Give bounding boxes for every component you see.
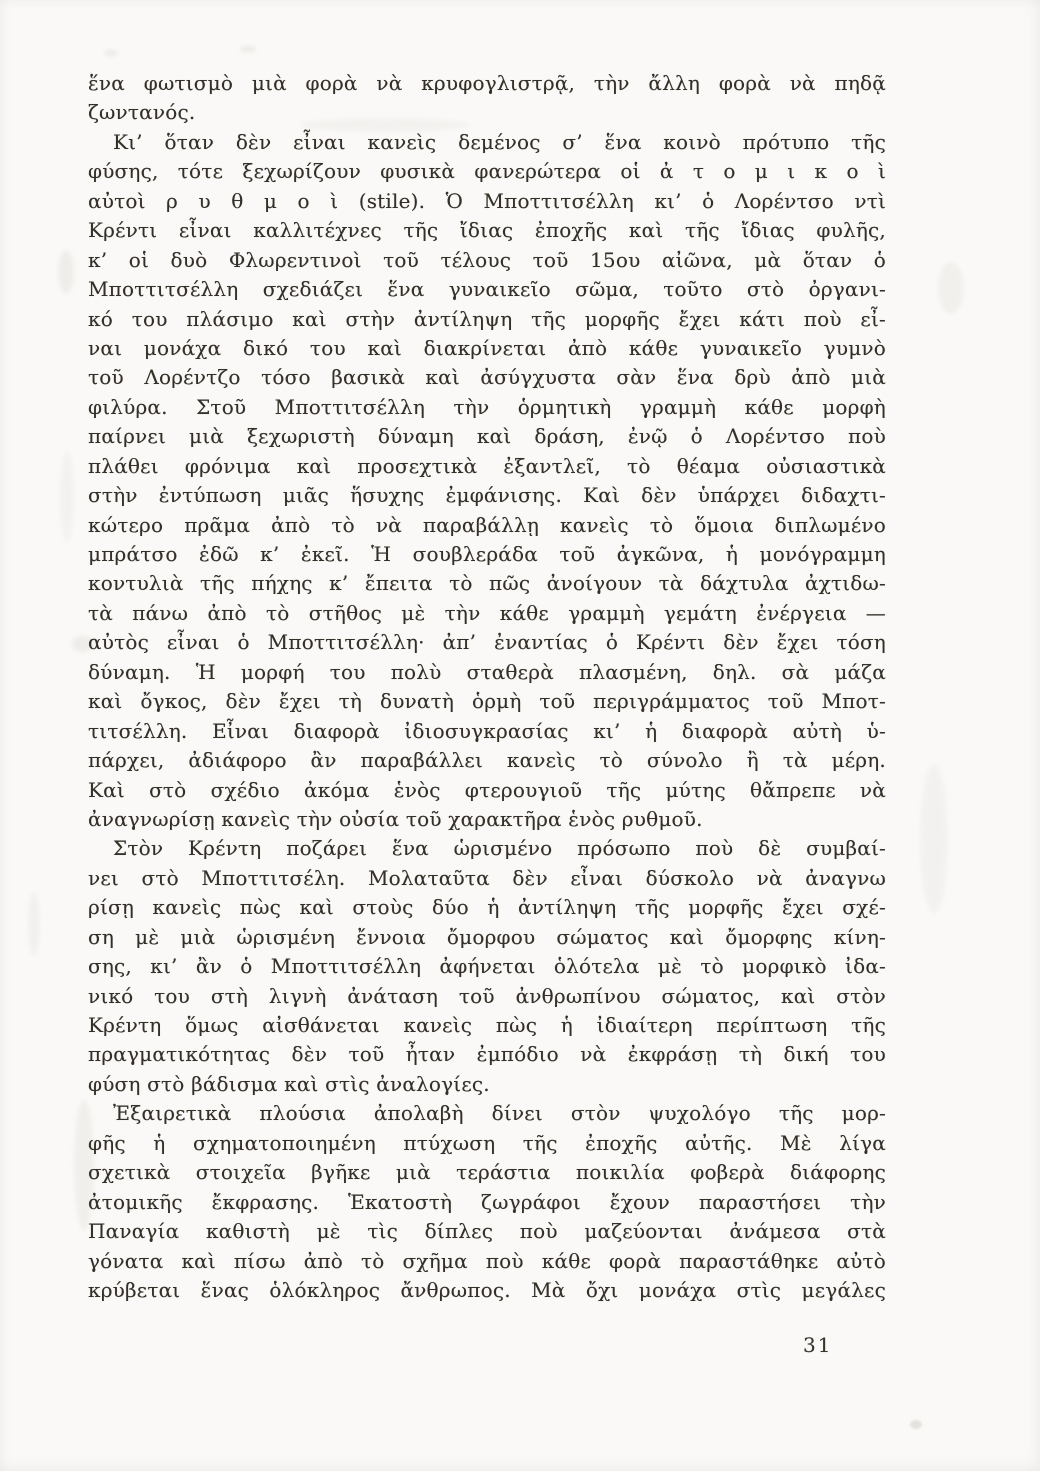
paragraph: Κι’ ὅταν δὲν εἶναι κανεὶς δεμένος σ’ ἕνα… (88, 128, 886, 835)
text-line: ἀτομικῆς ἔκφρασης. Ἑκατοστὴ ζωγράφοι ἔχο… (88, 1188, 886, 1217)
text-line: Κρέντη ὅμως αἰσθάνεται κανεὶς πὼς ἡ ἰδια… (88, 1011, 886, 1040)
scan-smudge (28, 892, 40, 956)
paragraph: ἕνα φωτισμὸ μιὰ φορὰ νὰ κρυφογλιστρᾷ, τὴ… (88, 69, 886, 128)
text-line: στὴν ἐντύπωση μιᾶς ἥσυχης ἐμφάνισης. Καὶ… (88, 481, 886, 510)
text-line: Κι’ ὅταν δὲν εἶναι κανεὶς δεμένος σ’ ἕνα… (88, 128, 886, 157)
text-line: ρίσῃ κανεὶς πὼς καὶ στοὺς δύο ἡ ἀντίληψη… (88, 893, 886, 922)
text-line: μπράτσο ἐδῶ κ’ ἐκεῖ. Ἡ σουβλεράδα τοῦ ἀγ… (88, 540, 886, 569)
text-line: νει στὸ Μποττιτσέλη. Μολαταῦτα δὲν εἶναι… (88, 864, 886, 893)
scan-smudge (60, 452, 74, 542)
text-line: τοῦ Λορέντζο τόσο βασικὰ καὶ ἀσύγχυστα σ… (88, 363, 886, 392)
text-line: πλάθει φρόνιμα καὶ προσεχτικὰ ἐξαντλεῖ, … (88, 452, 886, 481)
text-line: Ἐξαιρετικὰ πλούσια ἀπολαβὴ δίνει στὸν ψυ… (88, 1099, 886, 1128)
text-line: κώτερο πρᾶμα ἀπὸ τὸ νὰ παραβάλλῃ κανεὶς … (88, 511, 886, 540)
scan-smudge (910, 1420, 922, 1429)
text-line: Παναγία καθιστὴ μὲ τὶς δίπλες ποὺ μαζεύο… (88, 1217, 886, 1246)
page-number: 31 (803, 1333, 832, 1357)
text-line: νικό του στὴ λιγνὴ ἀνάταση τοῦ ἀνθρωπίνο… (88, 982, 886, 1011)
text-line: Στὸν Κρέντη ποζάρει ἕνα ὡρισμένο πρόσωπο… (88, 834, 886, 863)
scan-smudge (920, 764, 948, 914)
scan-smudge (58, 250, 74, 294)
text-line: κό του πλάσιμο καὶ στὴν ἀντίληψη τῆς μορ… (88, 305, 886, 334)
text-line: ναι μονάχα δικό του καὶ διακρίνεται ἀπὸ … (88, 334, 886, 363)
text-line: ἕνα φωτισμὸ μιὰ φορὰ νὰ κρυφογλιστρᾷ, τὴ… (88, 69, 886, 98)
scan-smudge (104, 50, 118, 56)
text-line: κρύβεται ἕνας ὁλόκληρος ἄνθρωπος. Μὰ ὄχι… (88, 1276, 886, 1305)
text-line: πραγματικότητας δὲν τοῦ ἦταν ἐμπόδιο νὰ … (88, 1040, 886, 1069)
text-line: σης, κι’ ἂν ὁ Μποττιτσέλλη ἀφήνεται ὁλότ… (88, 952, 886, 981)
text-line: γόνατα καὶ πίσω ἀπὸ τὸ σχῆμα ποὺ κάθε φο… (88, 1247, 886, 1276)
text-line: φύσης, τότε ξεχωρίζουν φυσικὰ φανερώτερα… (88, 157, 886, 186)
text-line: ση μὲ μιὰ ὡρισμένη ἔννοια ὄμορφου σώματο… (88, 923, 886, 952)
book-page: ἕνα φωτισμὸ μιὰ φορὰ νὰ κρυφογλιστρᾷ, τὴ… (0, 0, 1040, 1471)
text-line: καὶ ὄγκος, δὲν ἔχει τὴ δυνατὴ ὁρμὴ τοῦ π… (88, 687, 886, 716)
text-line: αὐτοὶ ρ υ θ μ ο ὶ (stile). Ὁ Μποττιτσέλλ… (88, 187, 886, 216)
text-line: κ’ οἱ δυὸ Φλωρεντινοὶ τοῦ τέλους τοῦ 15ο… (88, 246, 886, 275)
text-line: κοντυλιὰ τῆς πήχης κ’ ἔπειτα τὸ πῶς ἀνοί… (88, 569, 886, 598)
text-line: Κρέντι εἶναι καλλιτέχνες τῆς ἴδιας ἐποχῆ… (88, 216, 886, 245)
text-line: παίρνει μιὰ ξεχωριστὴ δύναμη καὶ δράση, … (88, 422, 886, 451)
page-text: ἕνα φωτισμὸ μιὰ φορὰ νὰ κρυφογλιστρᾷ, τὴ… (88, 69, 886, 1305)
scan-smudge (240, 46, 256, 52)
paragraph: Στὸν Κρέντη ποζάρει ἕνα ὡρισμένο πρόσωπο… (88, 834, 886, 1099)
text-line: σχετικὰ στοιχεῖα βγῆκε μιὰ τεράστια ποικ… (88, 1158, 886, 1187)
text-line: πάρχει, ἀδιάφορο ἂν παραβάλλει κανεὶς τὸ… (88, 746, 886, 775)
text-line: φῆς ἡ σχηματοποιημένη πτύχωση τῆς ἐποχῆς… (88, 1129, 886, 1158)
paragraph: Ἐξαιρετικὰ πλούσια ἀπολαβὴ δίνει στὸν ψυ… (88, 1099, 886, 1305)
text-line: Μποττιτσέλλη σχεδιάζει ἕνα γυναικεῖο σῶμ… (88, 275, 886, 304)
text-line: δύναμη. Ἡ μορφή του πολὺ σταθερὰ πλασμέν… (88, 658, 886, 687)
text-line: φιλύρα. Στοῦ Μποττιτσέλλη τὴν ὁρμητικὴ γ… (88, 393, 886, 422)
text-line: τιτσέλλη. Εἶναι διαφορὰ ἰδιοσυγκρασίας κ… (88, 717, 886, 746)
text-line: ἀναγνωρίσῃ κανεὶς τὴν οὐσία τοῦ χαρακτῆρ… (88, 805, 886, 834)
scan-smudge (938, 262, 964, 314)
text-line: Καὶ στὸ σχέδιο ἀκόμα ἑνὸς φτερουγιοῦ τῆς… (88, 776, 886, 805)
text-line: αὐτὸς εἶναι ὁ Μποττιτσέλλη· ἀπ’ ἐναντίας… (88, 628, 886, 657)
text-line: ζωντανός. (88, 98, 886, 127)
text-line: τὰ πάνω ἀπὸ τὸ στῆθος μὲ τὴν κάθε γραμμὴ… (88, 599, 886, 628)
text-line: φύση στὸ βάδισμα καὶ στὶς ἀναλογίες. (88, 1070, 886, 1099)
